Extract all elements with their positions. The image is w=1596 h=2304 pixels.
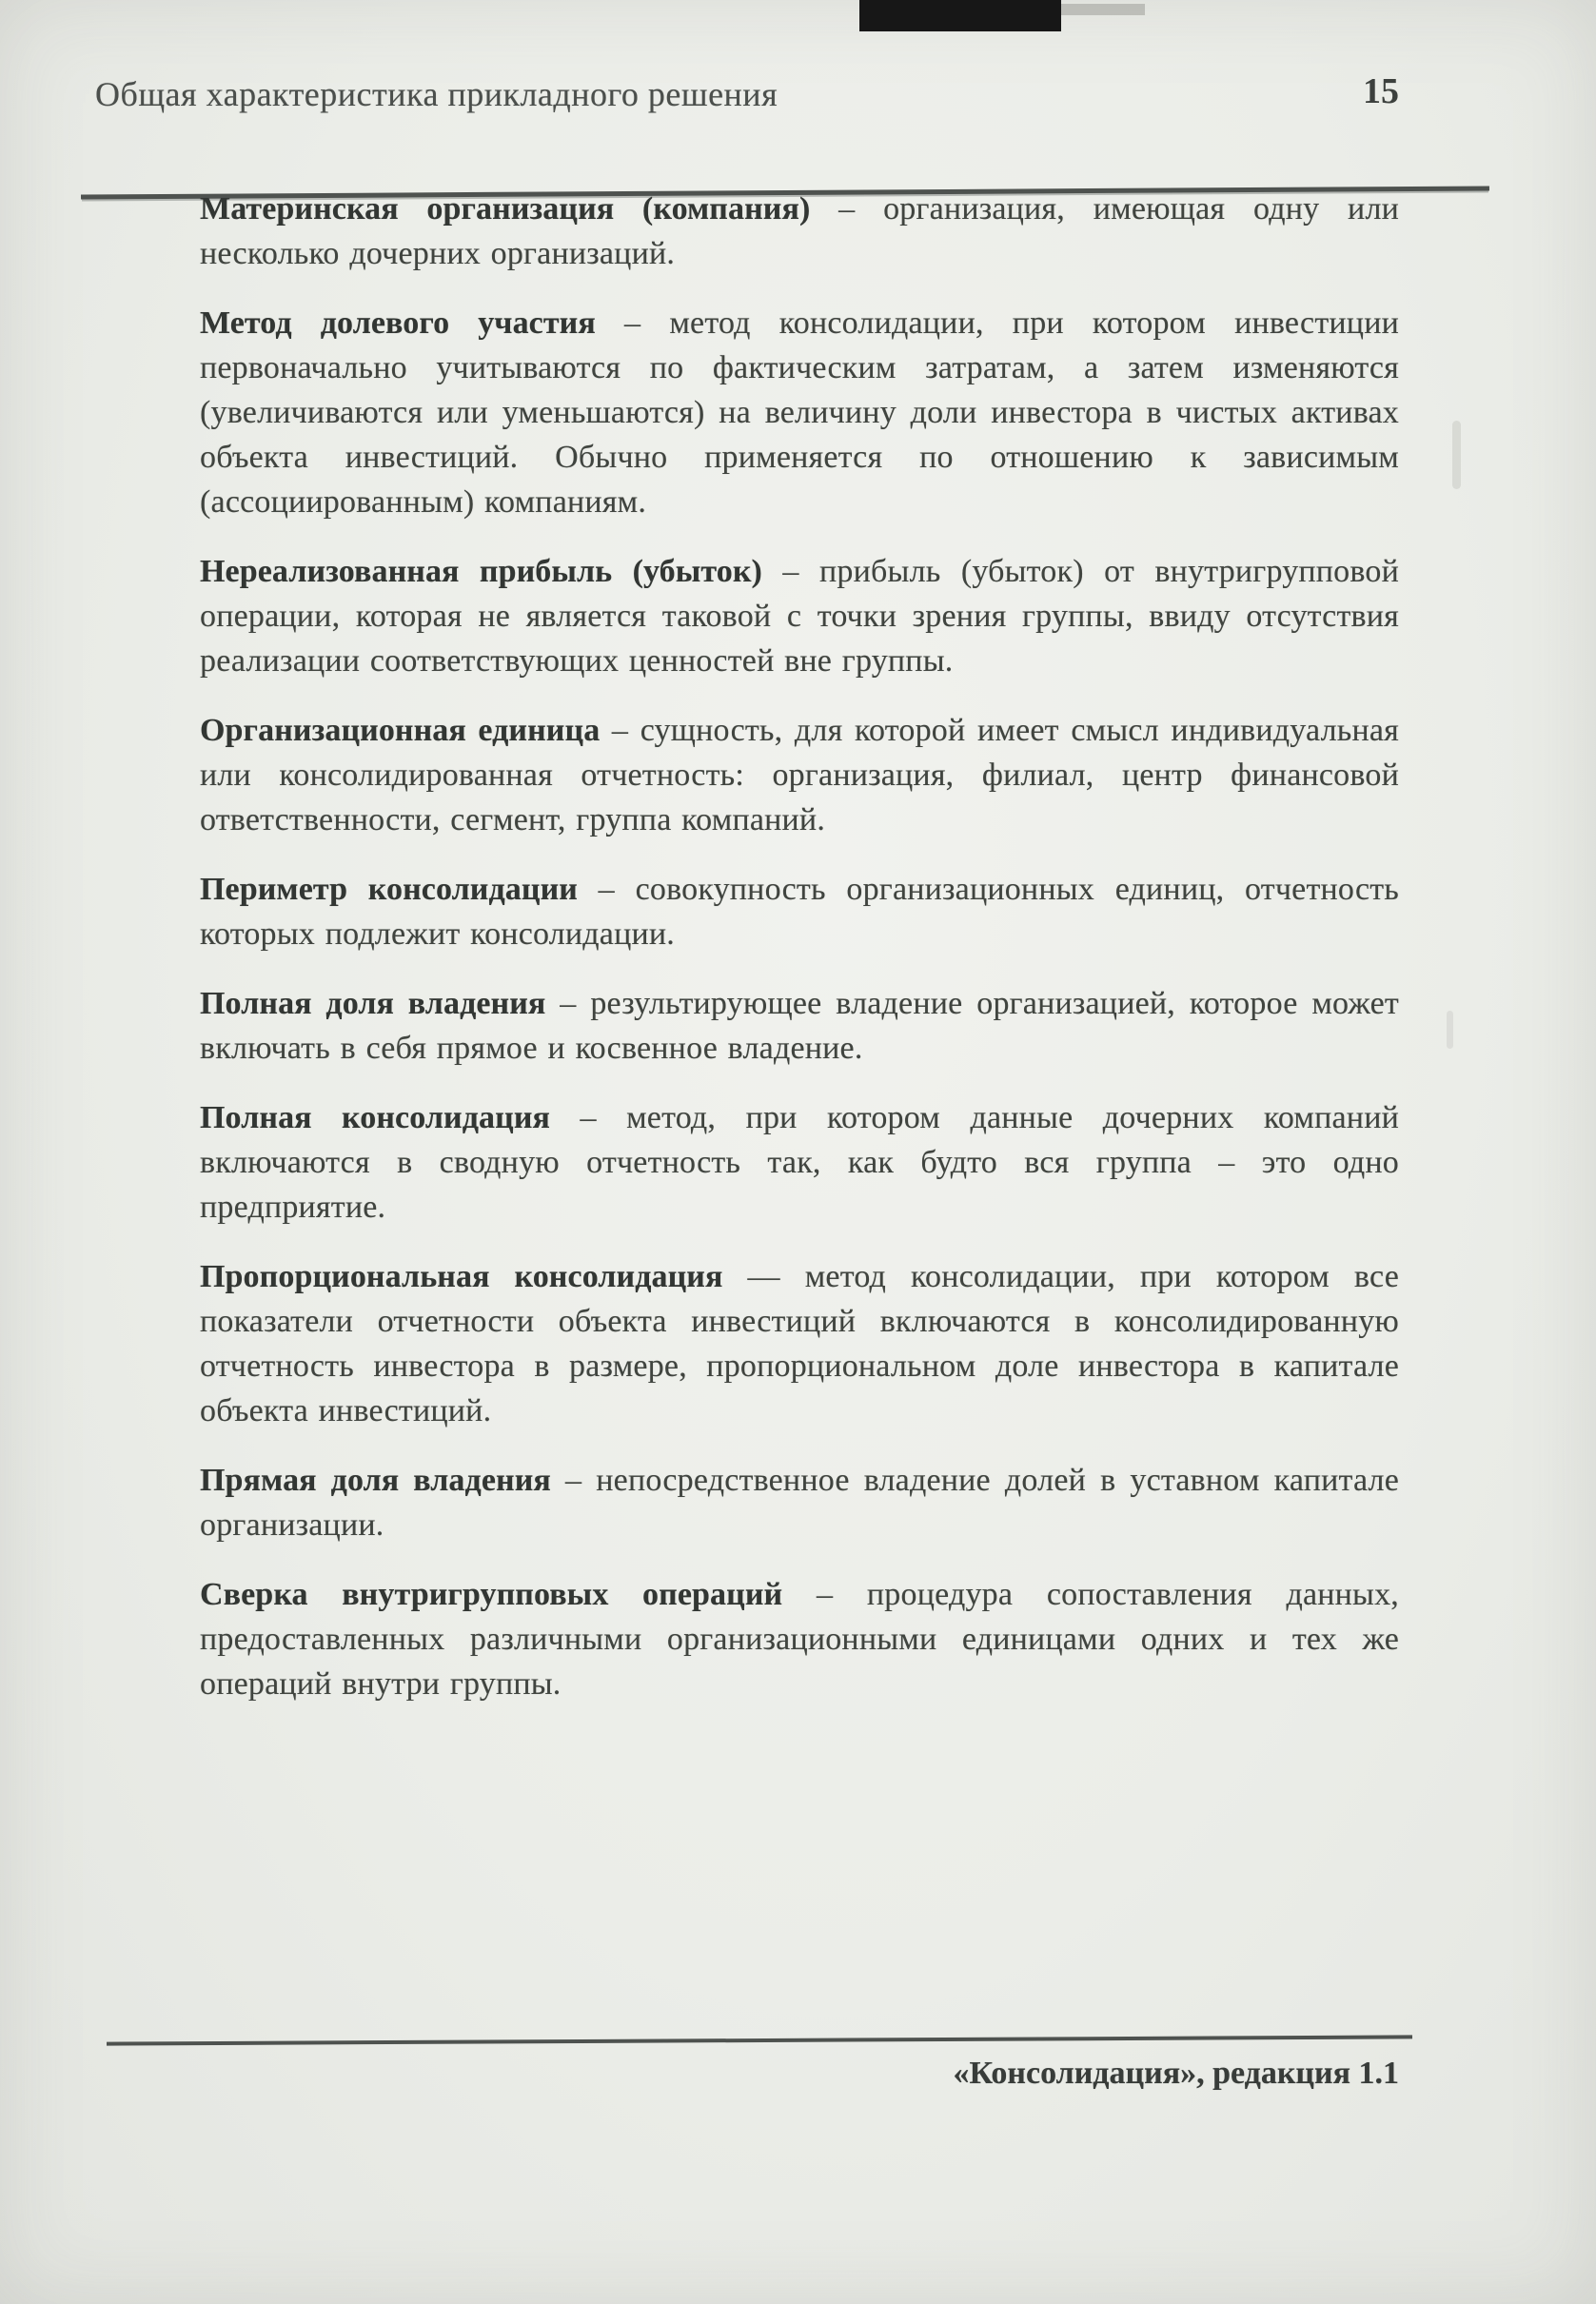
- definition-paragraph: Нереализованная прибыль (убыток) – прибы…: [200, 549, 1399, 683]
- definition-paragraph: Периметр консолидации – совокупность орг…: [200, 867, 1399, 956]
- definition-paragraph: Полная консолидация – метод, при котором…: [200, 1095, 1399, 1230]
- term-label: Периметр консолидации: [200, 872, 578, 907]
- term-label: Пропорциональная консолидация: [200, 1259, 722, 1294]
- dash-separator: –: [762, 554, 819, 589]
- term-label: Прямая доля владения: [200, 1463, 551, 1498]
- running-header-title: Общая характеристика прикладного решения: [95, 74, 778, 114]
- definition-paragraph: Метод долевого участия – метод консолида…: [200, 301, 1399, 524]
- scan-artifact-smudge: [1447, 1011, 1453, 1049]
- dash-separator: –: [600, 713, 640, 748]
- glossary-content: Материнская организация (компания) – орг…: [200, 187, 1399, 1731]
- dash-separator: –: [782, 1577, 867, 1612]
- definition-paragraph: Полная доля владения – результирующее вл…: [200, 981, 1399, 1071]
- dash-separator: –: [578, 872, 636, 907]
- scan-artifact-bar-tail: [1061, 4, 1145, 15]
- definition-paragraph: Сверка внутригрупповых операций – процед…: [200, 1572, 1399, 1706]
- term-label: Полная консолидация: [200, 1100, 550, 1135]
- dash-separator: –: [596, 305, 669, 341]
- definition-paragraph: Организационная единица – сущность, для …: [200, 708, 1399, 842]
- term-label: Нереализованная прибыль (убыток): [200, 554, 762, 589]
- footer-edition-label: «Консолидация», редакция 1.1: [953, 2056, 1399, 2092]
- dash-separator: —: [722, 1259, 804, 1294]
- footer-rule: [107, 2035, 1412, 2045]
- term-label: Метод долевого участия: [200, 305, 596, 341]
- term-label: Материнская организация (компания): [200, 191, 810, 226]
- definition-paragraph: Пропорциональная консолидация — метод ко…: [200, 1254, 1399, 1433]
- scan-artifact-bar: [859, 0, 1061, 31]
- dash-separator: –: [550, 1100, 626, 1135]
- definition-paragraph: Прямая доля владения – непосредственное …: [200, 1458, 1399, 1547]
- dash-separator: –: [810, 191, 883, 226]
- scanned-page: Общая характеристика прикладного решения…: [0, 0, 1596, 2304]
- page-number: 15: [1363, 70, 1399, 112]
- definition-paragraph: Материнская организация (компания) – орг…: [200, 187, 1399, 276]
- dash-separator: –: [545, 986, 590, 1021]
- term-label: Полная доля владения: [200, 986, 545, 1021]
- term-label: Сверка внутригрупповых операций: [200, 1577, 782, 1612]
- scan-artifact-smudge: [1452, 421, 1461, 489]
- dash-separator: –: [551, 1463, 596, 1498]
- term-label: Организационная единица: [200, 713, 600, 748]
